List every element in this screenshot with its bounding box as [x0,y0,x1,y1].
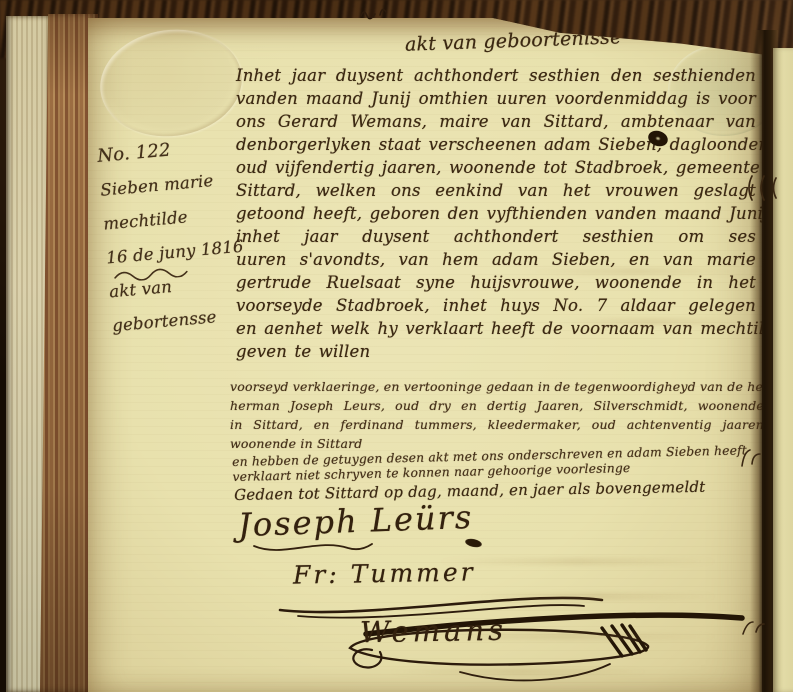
next-page-sliver [773,48,793,692]
signature-wemans: Wemans [360,613,508,650]
manuscript-line: vanden maand Junij omthien uuren voorden… [236,87,756,110]
signature-flourish [248,536,378,558]
act-body: Inhet jaar duysent achthondert sesthien … [236,64,756,504]
manuscript-line: voorseyd verklaeringe, en vertooninge ge… [230,377,764,396]
manuscript-line: Sittard, welken ons eenkind van het vrou… [236,179,756,202]
bleedthrough-smudge [558,318,748,325]
bleedthrough-smudge [388,668,648,675]
manuscript-line: ons Gerard Wemans, maire van Sittard, am… [236,110,756,133]
manuscript-line: herman Joseph Leurs, oud dry en dertig J… [230,396,764,415]
manuscript-line: denborgerlyken staat verscheenen adam Si… [236,133,756,156]
register-page: akt van geboortenisse No. 122 Sieben mar… [88,18,762,692]
manuscript-line: geven te willen [236,340,756,363]
register-book-photo: akt van geboortenisse No. 122 Sieben mar… [0,0,793,692]
bleedthrough-smudge [438,558,718,565]
manuscript-line: oud vijfendertig jaaren, woonende tot St… [236,156,756,179]
ink-mark [358,4,392,22]
manuscript-line: Inhet jaar duysent achthondert sesthien … [236,64,756,87]
bleedthrough-smudge [478,593,718,600]
bleedthrough-smudge [518,268,748,275]
ink-blot [464,537,482,548]
ink-mark [738,616,768,640]
embossed-blind-stamp-left [94,22,248,145]
ink-mark [744,172,784,206]
manuscript-line: in Sittard, en ferdinand tummers, kleede… [230,415,764,434]
manuscript-line: voorseyde Stadbroek, inhet huys No. 7 al… [236,294,756,317]
manuscript-line: inhet jaar duysent achthondert sesthien … [236,225,756,248]
act-witness-paragraph: voorseyd verklaeringe, en vertooninge ge… [230,377,764,453]
manuscript-line: getoond heeft, geboren den vyfthienden v… [236,202,756,225]
ink-mark [736,446,766,472]
